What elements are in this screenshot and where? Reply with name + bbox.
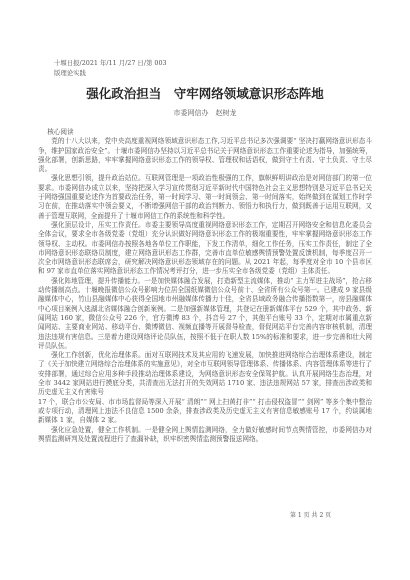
article-title: 强化政治担当 守牢网络领域意识形态阵地 xyxy=(0,84,410,102)
paragraph: 17 个，联合市公安局、市市场监督局等深入开展“ 清朗”“ 网上扫黄打非”“ 打… xyxy=(38,398,372,426)
section-label: 版理论实践 xyxy=(54,68,167,78)
paragraph: 强化阵地管理，提升传播能力。一是加快媒体融合发展，打造新型主流媒体，推动“ 主力… xyxy=(38,277,372,351)
article-author: 市委网信办 赵树龙 xyxy=(0,108,410,118)
paragraph: 强化工作创新，优化治理体系。面对互联网技术及其应用的飞速发展，加快推进网络综合治… xyxy=(38,351,372,397)
subheading: 核心阅读 xyxy=(38,128,372,137)
document-meta: 十堰日报/2021 年/11 月/27 日/第 003 版理论实践 xyxy=(54,58,167,78)
source-line: 十堰日报/2021 年/11 月/27 日/第 003 xyxy=(54,58,167,68)
page-indicator: 第 1 页 共 2 页 xyxy=(290,510,331,519)
paragraph: 强化思想引领，提升政治站位。互联网管理是一项政治性极强的工作，旗帜鲜明讲政治是对… xyxy=(38,174,372,220)
article-body: 核心阅读 党的十八大以来，党中央高度重视网络领域意识形态工作,习近平总书记多次强… xyxy=(38,128,372,444)
paragraph: 强化顶层设计，压实工作责任。市委主要领导高度重视网络意识形态工作，定期召开网络安… xyxy=(38,221,372,277)
paragraph: 强化应急处置，健全工作机制。一是健全网上舆情监测网络，全力做好敏感时间节点舆情管… xyxy=(38,426,372,445)
paragraph: 党的十八大以来，党中央高度重视网络领域意识形态工作,习近平总书记多次强调要“ 坚… xyxy=(38,137,372,174)
